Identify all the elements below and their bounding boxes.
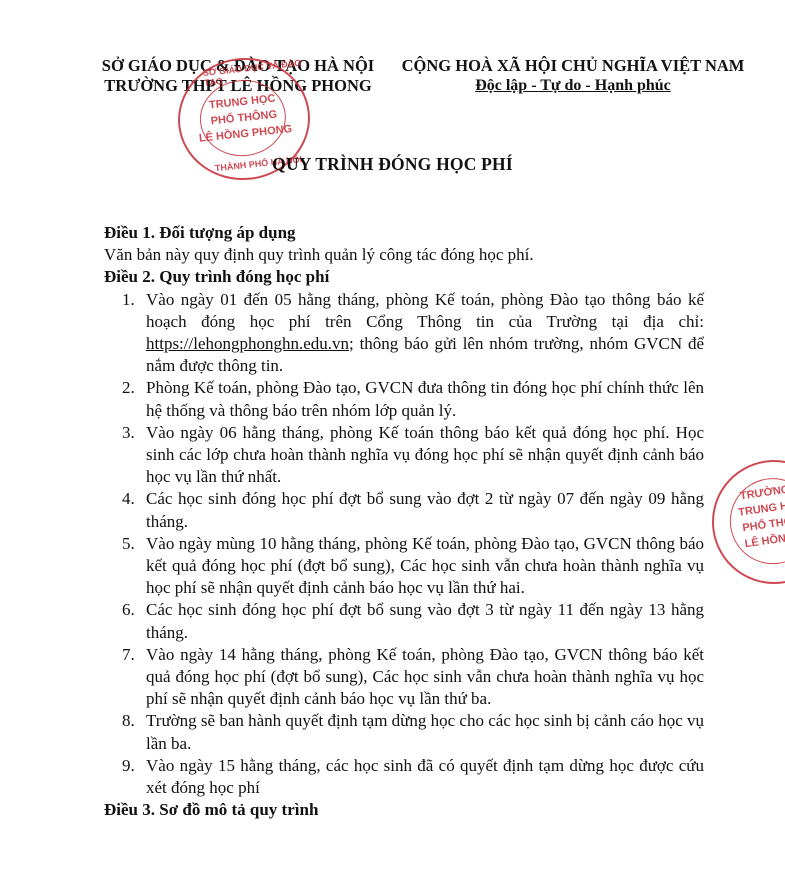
step-number: 4. (122, 488, 135, 510)
procedure-step: 1.Vào ngày 01 đến 05 hằng tháng, phòng K… (104, 289, 704, 378)
margin-seal-stamp: TRƯỜNG TRUNG HỌC PHỔ THÔNG LÊ HỒNG PHONG (704, 452, 785, 592)
procedure-step: 5.Vào ngày mùng 10 hằng tháng, phòng Kế … (104, 533, 704, 600)
step-text: Trường sẽ ban hành quyết định tạm dừng h… (146, 711, 704, 752)
step-number: 1. (122, 289, 135, 311)
step-text: Vào ngày 14 hằng tháng, phòng Kế toán, p… (146, 645, 704, 708)
step-text: Các học sinh đóng học phí đợt bổ sung và… (146, 489, 704, 530)
procedure-steps-list: 1.Vào ngày 01 đến 05 hằng tháng, phòng K… (104, 289, 704, 800)
procedure-step: 2.Phòng Kế toán, phòng Đào tạo, GVCN đưa… (104, 377, 704, 421)
article-1-heading: Điều 1. Đối tượng áp dụng (104, 222, 704, 244)
article-2-heading: Điều 2. Quy trình đóng học phí (104, 266, 704, 288)
step-number: 2. (122, 377, 135, 399)
step-number: 6. (122, 599, 135, 621)
procedure-step: 6.Các học sinh đóng học phí đợt bổ sung … (104, 599, 704, 643)
article-3-heading: Điều 3. Sơ đồ mô tả quy trình (104, 799, 704, 821)
procedure-step: 3.Vào ngày 06 hằng tháng, phòng Kế toán … (104, 422, 704, 489)
document-body: Điều 1. Đối tượng áp dụng Văn bản này qu… (104, 222, 704, 821)
procedure-step: 7.Vào ngày 14 hằng tháng, phòng Kế toán,… (104, 644, 704, 711)
step-number: 8. (122, 710, 135, 732)
step-number: 5. (122, 533, 135, 555)
step-text: Các học sinh đóng học phí đợt bổ sung và… (146, 600, 704, 641)
step-number: 7. (122, 644, 135, 666)
document-title: QUY TRÌNH ĐÓNG HỌC PHÍ (0, 154, 785, 175)
motto: Độc lập - Tự do - Hạnh phúc (392, 76, 754, 96)
step-text: Vào ngày 01 đến 05 hằng tháng, phòng Kế … (146, 290, 704, 331)
step-text: Vào ngày 15 hằng tháng, các học sinh đã … (146, 756, 704, 797)
school-portal-link[interactable]: https://lehongphonghn.edu.vn (146, 334, 349, 353)
procedure-step: 4.Các học sinh đóng học phí đợt bổ sung … (104, 488, 704, 532)
step-text: Vào ngày 06 hằng tháng, phòng Kế toán th… (146, 423, 704, 486)
national-motto-header: CỘNG HOÀ XÃ HỘI CHỦ NGHĨA VIỆT NAM Độc l… (392, 56, 754, 96)
step-text: Phòng Kế toán, phòng Đào tạo, GVCN đưa t… (146, 378, 704, 419)
article-1-text: Văn bản này quy định quy trình quản lý c… (104, 244, 704, 266)
country-name: CỘNG HOÀ XÃ HỘI CHỦ NGHĨA VIỆT NAM (392, 56, 754, 76)
procedure-step: 8.Trường sẽ ban hành quyết định tạm dừng… (104, 710, 704, 754)
step-number: 3. (122, 422, 135, 444)
step-number: 9. (122, 755, 135, 777)
step-text: Vào ngày mùng 10 hằng tháng, phòng Kế to… (146, 534, 704, 597)
procedure-step: 9.Vào ngày 15 hằng tháng, các học sinh đ… (104, 755, 704, 799)
